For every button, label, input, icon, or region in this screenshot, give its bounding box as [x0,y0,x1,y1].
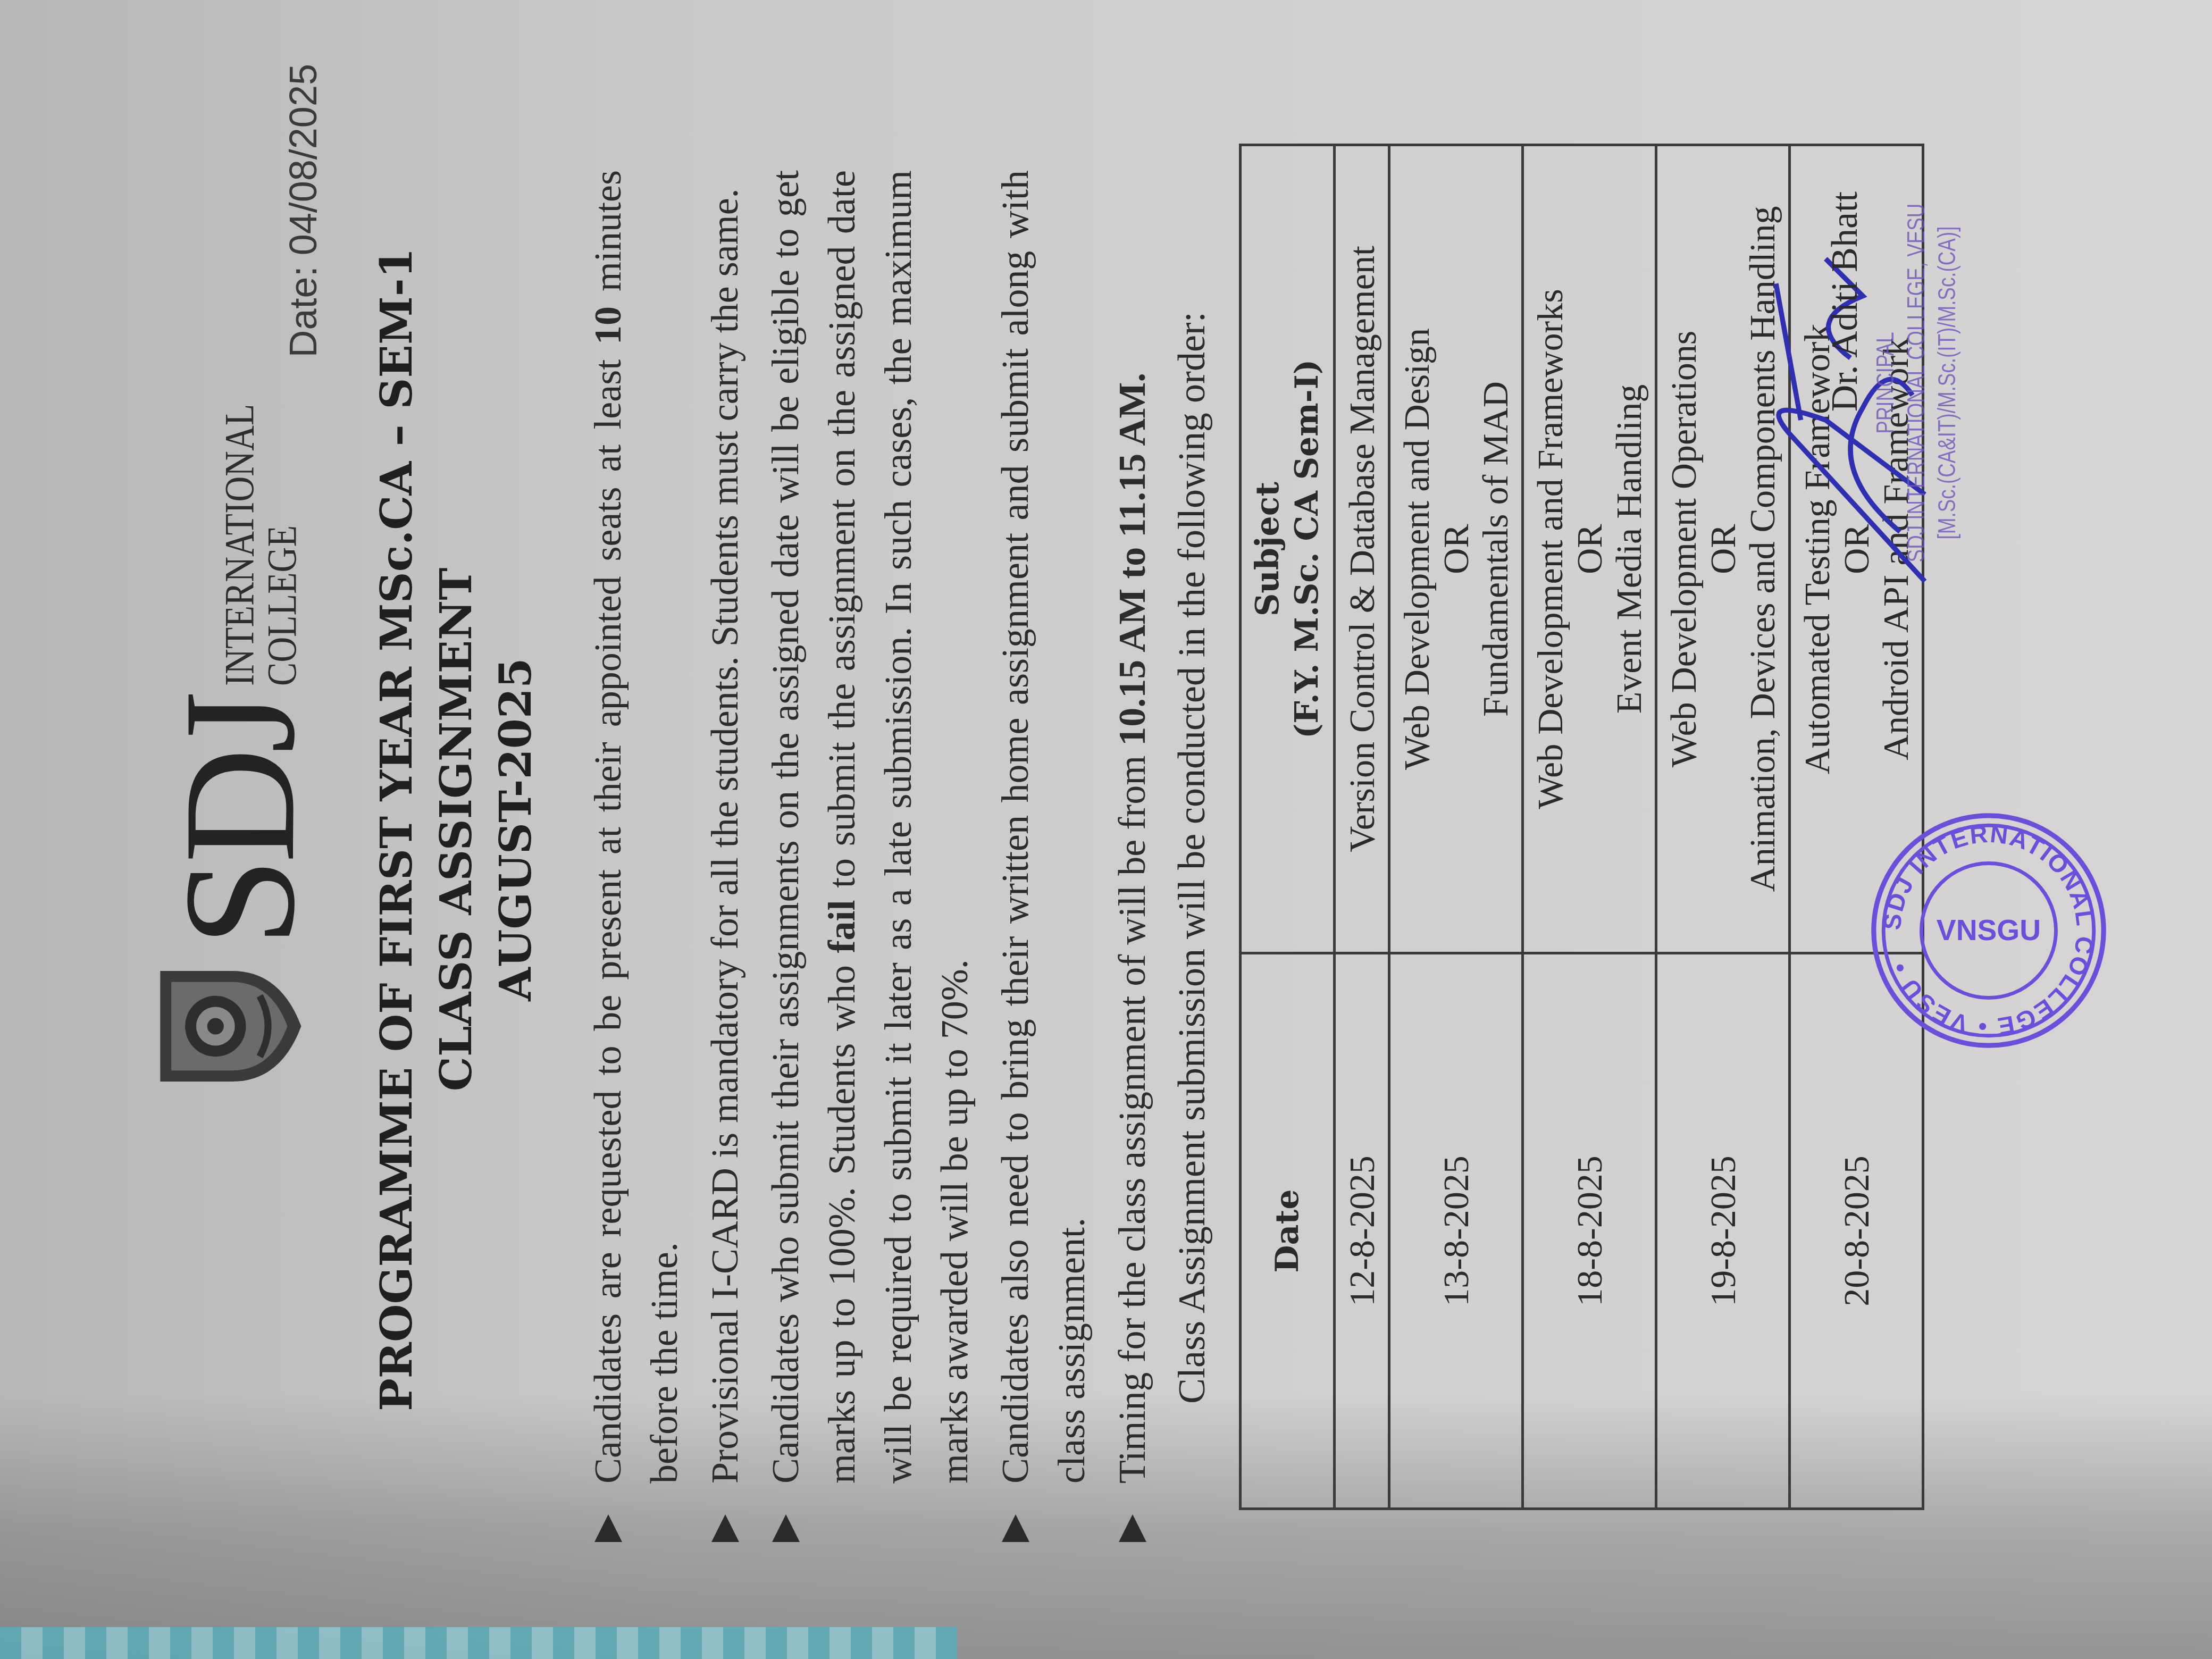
instructions-list: Candidates are requested to be present a… [580,170,1164,1542]
table-row: 13-8-2025Web Development and DesignORFun… [1389,145,1523,1509]
subject-name: Version Control & Database Management [1342,157,1381,941]
instruction-item: Candidates who submit their assignments … [757,170,983,1542]
arrow-bullet-icon [772,1514,800,1542]
signatory-name: Dr. Aditi Bhatt [1824,191,1866,670]
or-separator: OR [1436,157,1476,941]
principal-stamp: PRINCIPAL SDJ INTERNATIONAL COLLEGE, VES… [1870,191,1962,574]
header-subject: Subject (F.Y. M.Sc. CA Sem-I) [1241,145,1335,953]
row-subjects: Version Control & Database Management [1335,145,1389,953]
row-subjects: Web Development and DesignORFundamentals… [1389,145,1523,953]
arrow-bullet-icon [711,1514,739,1542]
instruction-item: Candidates also need to bring their writ… [987,170,1100,1542]
notice-page: SDJ INTERNATIONAL COLLEGE Date: 04/08/20… [69,32,2143,1627]
brand-line-international: INTERNATIONAL [218,404,261,685]
row-date: 18-8-2025 [1523,953,1656,1509]
row-date: 13-8-2025 [1389,953,1523,1509]
table-row: 18-8-2025Web Development and FrameworksO… [1523,145,1656,1509]
stamp-inner-text: VNSGU [1937,914,2041,946]
college-seal-stamp-icon: SDJ INTERNATIONAL COLLEGE • VESU • VNSGU [1866,808,2111,1053]
arrow-bullet-icon [1002,1514,1029,1542]
title-class-assignment: CLASS ASSIGNMENT [426,32,486,1627]
or-separator: OR [1570,157,1609,941]
college-crest-icon [149,957,308,1095]
college-logo: SDJ INTERNATIONAL COLLEGE [149,354,308,1095]
or-separator: OR [1703,157,1742,941]
instruction-item: Provisional I-CARD is mandatory for all … [697,170,753,1542]
brand-name: INTERNATIONAL COLLEGE [218,404,303,685]
title-month: AUGUST-2025 [486,32,546,1627]
row-date: 19-8-2025 [1656,953,1790,1509]
subject-name: Event Media Handling [1609,157,1648,941]
brand-sdj: SDJ [170,697,308,946]
table-row: 12-8-2025Version Control & Database Mana… [1335,145,1389,1509]
subject-name: Web Development and Design [1397,157,1436,941]
row-date: 12-8-2025 [1335,953,1389,1509]
subject-name: Web Development Operations [1664,157,1703,941]
title-programme: PROGRAMME OF FIRST YEAR MSc.CA – SEM-1 [367,32,426,1627]
instruction-item: Candidates are requested to be present a… [580,170,692,1542]
notice-title: PROGRAMME OF FIRST YEAR MSc.CA – SEM-1 C… [367,32,546,1627]
table-header-row: Date Subject (F.Y. M.Sc. CA Sem-I) [1241,145,1335,1509]
instruction-item: Timing for the class assignment of will … [1104,170,1160,1542]
signature-block: Dr. Aditi Bhatt PRINCIPAL SDJ INTERNATIO… [1824,191,1962,670]
row-subjects: Web Development and FrameworksOREvent Me… [1523,145,1656,953]
subject-name: Web Development and Frameworks [1530,157,1570,941]
notice-date: Date: 04/08/2025 [282,64,325,357]
subject-name: Fundamentals of MAD [1476,157,1515,941]
brand-line-college: COLLEGE [261,404,303,685]
schedule-intro: Class Assignment submission will be cond… [1170,312,1214,1404]
tablecloth-edge [0,1627,957,1659]
arrow-bullet-icon [1119,1514,1146,1542]
arrow-bullet-icon [594,1514,622,1542]
header-date: Date [1241,953,1335,1509]
